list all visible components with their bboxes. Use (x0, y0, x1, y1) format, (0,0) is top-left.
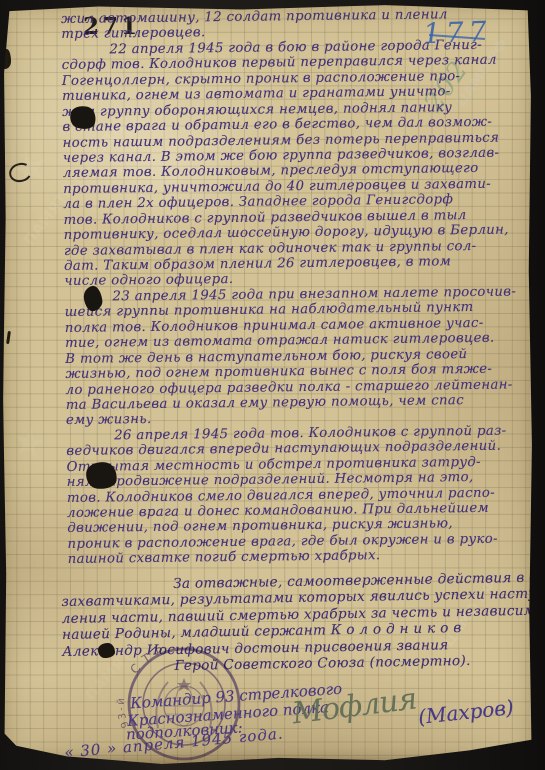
ink-blot (98, 643, 115, 658)
stamp-text-fragment: СТР (127, 643, 170, 677)
signature-name: (Махров) (417, 695, 515, 729)
paper-sheet: ★ ★ ПАМЯТЬ НАРОДА ЦАМО РФ ЦАМО РФ ПАМЯТЬ… (3, 5, 533, 764)
handwritten-body-text: жил автомашину, 12 солдат противника и п… (61, 6, 534, 567)
pen-mark (7, 160, 34, 184)
watermark-star-icon: ★ (7, 417, 50, 469)
svg-text:СТР: СТР (127, 643, 170, 677)
ink-blot (1, 49, 11, 69)
document-scan: ★ ★ ПАМЯТЬ НАРОДА ЦАМО РФ ЦАМО РФ ПАМЯТЬ… (0, 0, 545, 770)
pen-tick-mark (6, 331, 11, 344)
